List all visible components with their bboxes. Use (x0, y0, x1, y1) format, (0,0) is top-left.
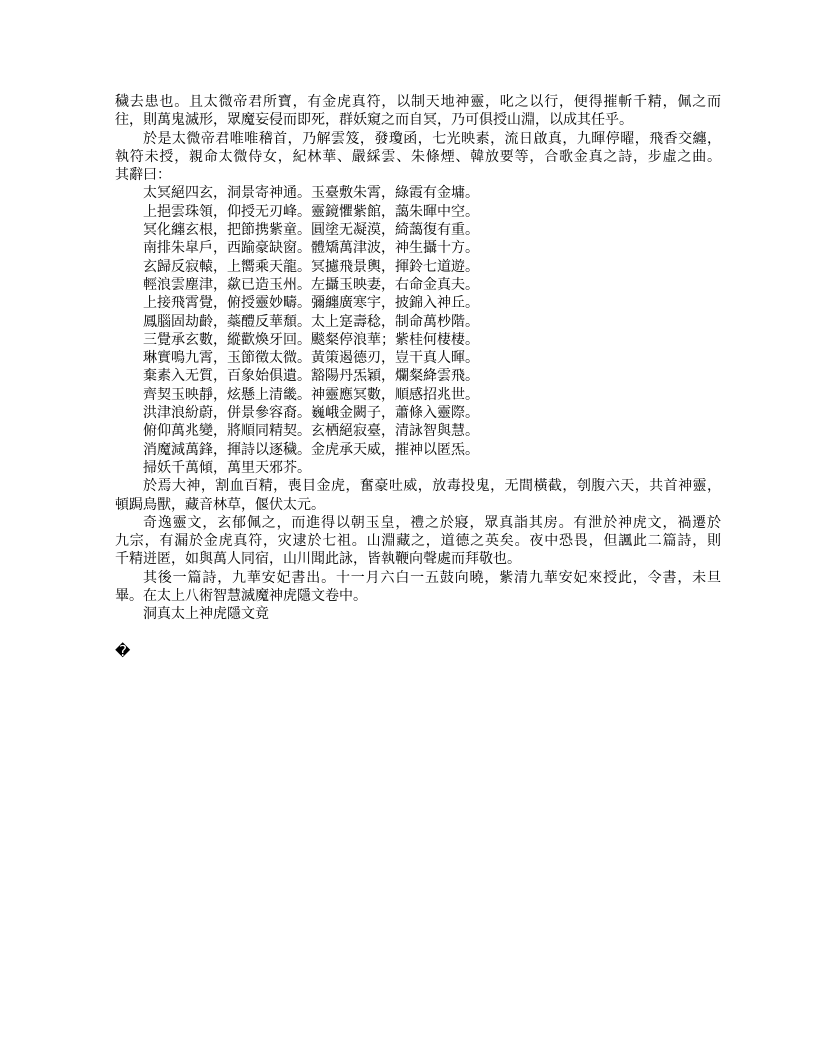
text-line: 掃妖千萬傾，萬里天邪芥。 (115, 460, 721, 478)
scripture-page-text-block: 穢去患也。且太微帝君所寶，有金虎真符，以制天地神靈，叱之以行，便得摧斬千精，佩之… (115, 94, 721, 661)
text-line: 洞真太上神虎隱文竟 (115, 606, 721, 624)
text-line: 其後一篇詩，九華安妃書出。十一月六白一五鼓向曉，紫清九華安妃來授此，令書，未旦 (115, 570, 721, 588)
text-line: 上接飛霄覺，俯授靈妙疇。彌纏廣寒宇，披錦入神丘。 (115, 295, 721, 313)
text-line: 九宗，有漏於金虎真符，灾逮於七祖。山淵藏之，道德之英矣。夜中恐畏，但諷此二篇詩，… (115, 533, 721, 551)
text-line: 琳實鳴九霄，玉節徵太微。黃策遏德刃，豈干真人暉。 (115, 350, 721, 368)
text-line: 於焉大神，割血百精，喪目金虎，奮豪吐威，放毒投鬼，无間橫截，刳腹六天，共首神靈， (115, 478, 721, 496)
text-line: 三覺承玄數，縱歡煥牙回。颷粲停浪華；紫桂何棲棲。 (115, 332, 721, 350)
page-background: { "document": { "body_lines": [ { "text"… (0, 0, 816, 1056)
text-line: 洪津浪紛蔚，併景參容裔。巍峨金闕子，蕭條入靈際。 (115, 405, 721, 423)
text-line: 往，則萬鬼滅形，眾魔妄侵而即死，群妖窺之而自冥，乃可俱授山淵，以成其任乎。 (115, 112, 721, 130)
replacement-character-glyph: � (115, 641, 721, 661)
text-line: 棄素入无質，百象始俱遺。豁陽丹炁穎，爛粲絳雲飛。 (115, 368, 721, 386)
text-line: 上挹雲珠領，仰授无刃峰。靈鏡懼紫館，藹朱暉中空。 (115, 204, 721, 222)
text-line: 於是太微帝君唯唯稽首，乃解雲笈，發瓊函，七光映素，流日啟真，九暉停曜，飛香交纏， (115, 131, 721, 149)
text-line: 輕浪雲塵津，歘已造玉州。左攝玉映妻，右命金真夫。 (115, 277, 721, 295)
text-line: 玄歸反寂轅，上嚮乘天龍。冥攄飛景輿，揮鈴七道遊。 (115, 259, 721, 277)
text-line: 鳳腦固劫齡，蘂醴反華頹。太上寔壽稔，制命萬杪階。 (115, 314, 721, 332)
text-line: 頓跼鳥獸，藏音林草，偃伏太元。 (115, 497, 721, 515)
text-line: 奇逸靈文，玄郁佩之，而進得以朝玉皇，禮之於寢，眾真詣其房。有泄於神虎文，禍遷於 (115, 515, 721, 533)
text-line: 其辭曰： (115, 167, 721, 185)
text-line: 畢。在太上八術智慧滅魔神虎隱文卷中。 (115, 588, 721, 606)
text-line: 千精迸匿，如與萬人同宿，山川聞此詠，皆執鞭向聲處而拜敬也。 (115, 551, 721, 569)
text-line: 消魔減萬鋒，揮詩以逐穢。金虎承天威，摧神以匿炁。 (115, 442, 721, 460)
text-line: 南排朱皐戶，西踰豪缺窗。體矯萬津波，神生攝十方。 (115, 240, 721, 258)
text-line: 太冥絕四玄，洞景寄神通。玉臺敷朱霄，綠霞有金墉。 (115, 185, 721, 203)
document-body: 穢去患也。且太微帝君所寶，有金虎真符，以制天地神靈，叱之以行，便得摧斬千精，佩之… (115, 94, 721, 625)
text-line: 俯仰萬兆變，將順同精契。玄栖絕寂臺，清詠智與慧。 (115, 423, 721, 441)
text-line: 冥化纏玄根，把節携紫童。圓塗无凝漠，綺藹復有重。 (115, 222, 721, 240)
text-line: 執符未授，親命太微侍女，紀林華、嚴綵雲、朱條煙、韓放要等，合歌金真之詩，步虛之曲… (115, 149, 721, 167)
text-line: 穢去患也。且太微帝君所寶，有金虎真符，以制天地神靈，叱之以行，便得摧斬千精，佩之… (115, 94, 721, 112)
text-line: 齊契玉映靜，炫懸上清畿。神靈應冥數，順感招兆世。 (115, 387, 721, 405)
